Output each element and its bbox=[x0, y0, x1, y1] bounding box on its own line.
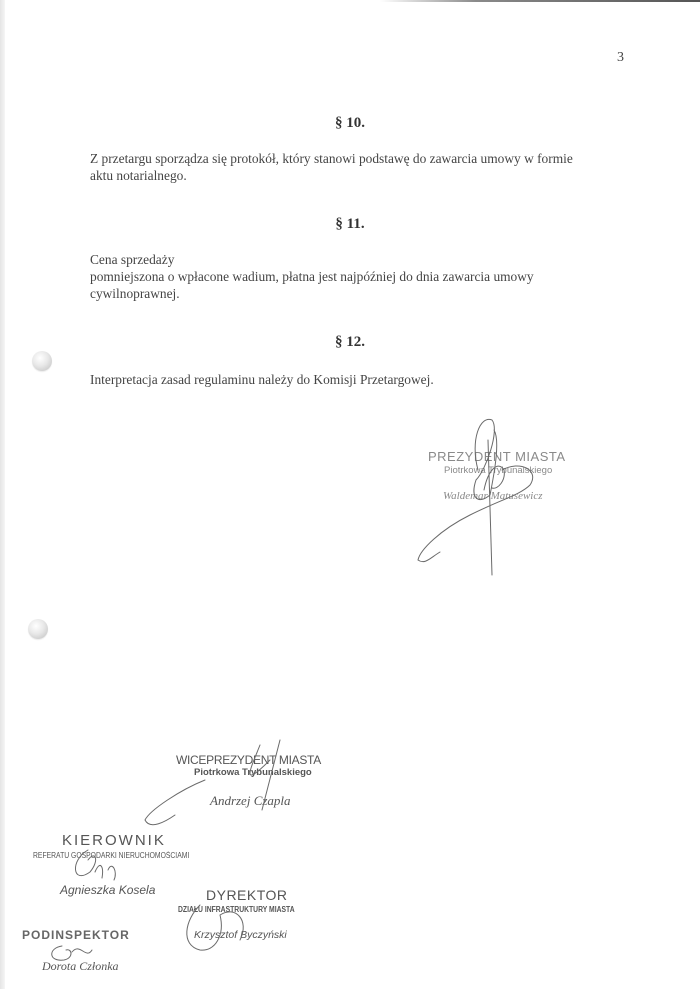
section-10-line: Z przetargu sporządza się protokół, któr… bbox=[90, 150, 630, 167]
manager-stamp-name: Agnieszka Kosela bbox=[60, 883, 155, 897]
president-stamp-subtitle: Piotrkowa Trybunalskiego bbox=[444, 465, 552, 476]
section-11-line: pomniejszona o wpłacone wadium, płatna j… bbox=[90, 268, 630, 285]
section-10-text: Z przetargu sporządza się protokół, któr… bbox=[90, 150, 630, 184]
section-11-heading: § 11. bbox=[0, 216, 700, 233]
scan-top-edge bbox=[380, 0, 700, 2]
inspector-stamp-name: Dorota Członka bbox=[42, 959, 119, 974]
manager-stamp-subtitle: REFERATU GOSPODARKI NIERUCHOMOŚCIAMI bbox=[33, 851, 189, 860]
section-10-line: aktu notarialnego. bbox=[90, 167, 630, 184]
manager-stamp-title: KIEROWNIK bbox=[62, 832, 166, 849]
director-stamp-name: Krzysztof Byczyński bbox=[194, 929, 287, 941]
section-12-heading: § 12. bbox=[0, 334, 700, 351]
punch-hole bbox=[28, 619, 48, 639]
inspector-stamp-title: PODINSPEKTOR bbox=[22, 928, 130, 942]
section-11-text: Cena sprzedaży pomniejszona o wpłacone w… bbox=[90, 251, 630, 302]
director-stamp-subtitle: DZIAŁU INFRASTRUKTURY MIASTA bbox=[178, 905, 295, 914]
section-12-line: Interpretacja zasad regulaminu należy do… bbox=[90, 371, 630, 388]
president-stamp-name: Waldemar Matusewicz bbox=[443, 490, 543, 502]
vice-president-stamp-title: WICEPREZYDENT MIASTA bbox=[176, 753, 321, 767]
section-10-heading: § 10. bbox=[0, 115, 700, 132]
scan-left-edge bbox=[0, 0, 5, 989]
vice-president-stamp-name: Andrzej Czapla bbox=[210, 793, 291, 809]
section-12-text: Interpretacja zasad regulaminu należy do… bbox=[90, 371, 630, 388]
president-stamp-title: PREZYDENT MIASTA bbox=[428, 449, 566, 464]
director-stamp-title: DYREKTOR bbox=[206, 887, 288, 903]
section-11-line: cywilnoprawnej. bbox=[90, 285, 630, 302]
vice-president-stamp-subtitle: Piotrkowa Trybunalskiego bbox=[194, 767, 312, 778]
section-11-line: Cena sprzedaży bbox=[90, 251, 630, 268]
page-number: 3 bbox=[617, 50, 624, 66]
punch-hole bbox=[32, 351, 52, 371]
